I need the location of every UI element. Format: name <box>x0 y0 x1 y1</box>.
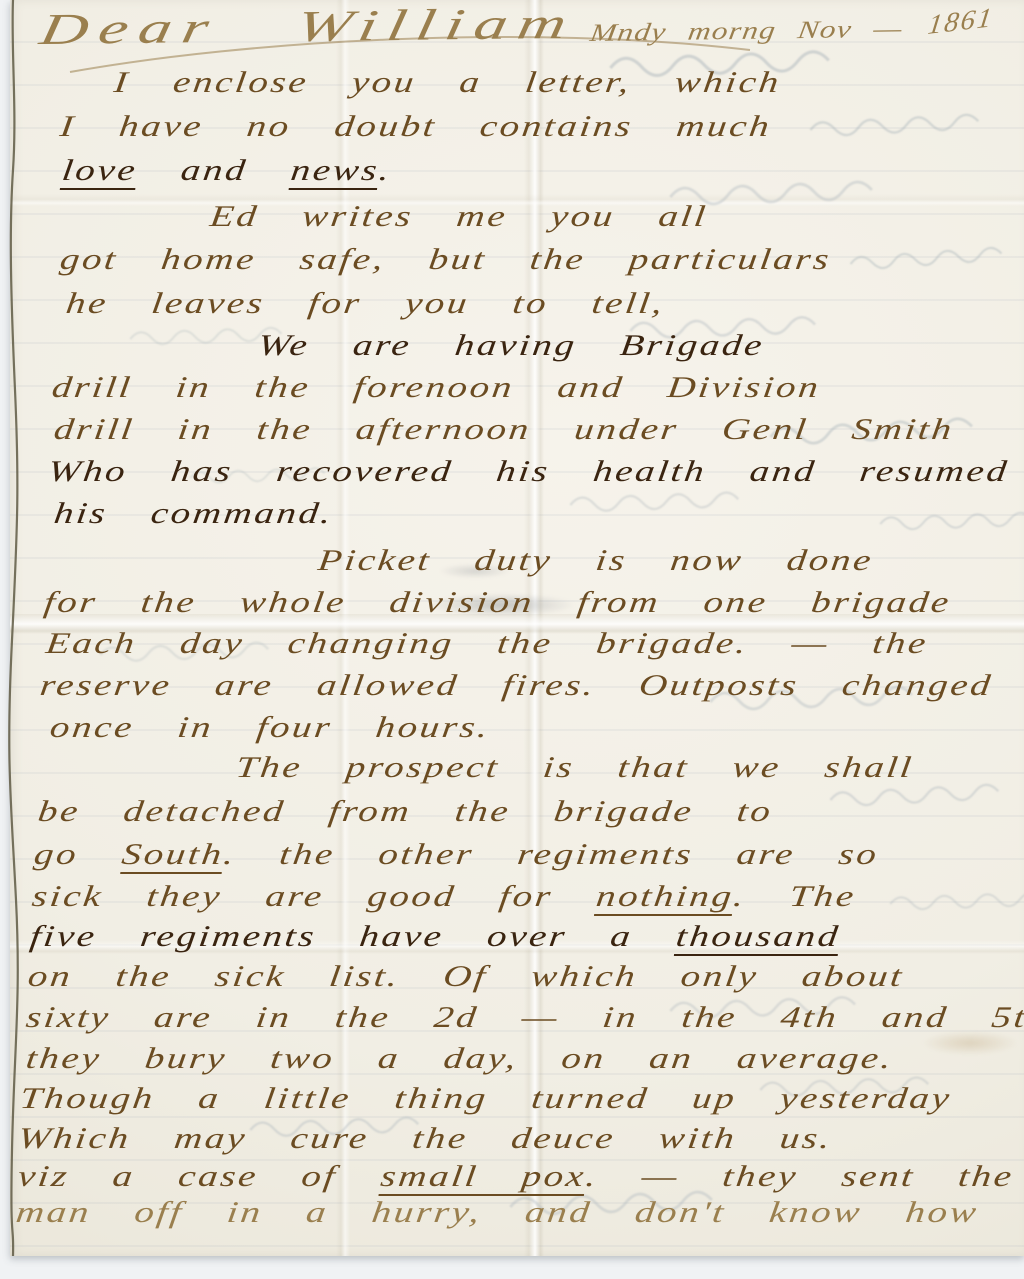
letter-line: sick they are good for nothing. The <box>30 880 858 914</box>
letter-line: Each day changing the brigade. — the <box>44 627 930 661</box>
letter-line: man off in a hurry, and don't know how <box>14 1196 981 1230</box>
letter-line: for the whole division from one brigade <box>42 586 953 620</box>
letter-line: on the sick list. Of which only about <box>26 960 906 994</box>
letter-line: drill in the afternoon under Genl Smith <box>52 413 956 447</box>
letter-line: Picket duty is now done <box>316 544 875 578</box>
letter-line: We are having Brigade <box>256 329 766 363</box>
letter-line: viz a case of small pox. — they sent the <box>16 1160 1016 1194</box>
letter-line: Ed writes me you all <box>208 200 710 234</box>
letter-line: Who has recovered his health and resumed <box>46 455 1011 489</box>
letter-line: I enclose you a letter, which <box>112 66 783 100</box>
letter-line: go South. the other regiments are so <box>32 838 881 872</box>
letter-line: The prospect is that we shall <box>234 751 916 785</box>
letter-line: five regiments have over a thousand <box>28 920 842 954</box>
dateline: Mndy morng Nov — <box>588 16 905 48</box>
letter-line: his command. <box>52 497 335 531</box>
letter-line: love and news. <box>60 154 394 188</box>
letter-line: Though a little thing turned up yesterda… <box>18 1082 954 1116</box>
letter-line: I have no doubt contains much <box>58 110 773 144</box>
letter-page: Dear William Mndy morng Nov — 1861 I enc… <box>10 0 1024 1256</box>
letter-line: once in four hours. <box>48 711 492 745</box>
dateline-year: 1861 <box>926 2 995 42</box>
letter-line: Which may cure the deuce with us. <box>16 1122 834 1156</box>
letter-line: be detached from the brigade to <box>36 795 775 829</box>
salutation: Dear William <box>36 0 581 55</box>
letter-line: he leaves for you to tell, <box>64 287 667 321</box>
letter-line: got home safe, but the particulars <box>58 243 833 277</box>
letter-line: sixty are in the 2d — in the 4th and 5th <box>24 1001 1024 1035</box>
letter-line: they bury two a day, on an average. <box>24 1042 895 1076</box>
letter-line: reserve are allowed fires. Outposts chan… <box>38 669 995 703</box>
scanner-bed: Dear William Mndy morng Nov — 1861 I enc… <box>0 0 1024 1279</box>
letter-line: drill in the forenoon and Division <box>50 371 823 405</box>
